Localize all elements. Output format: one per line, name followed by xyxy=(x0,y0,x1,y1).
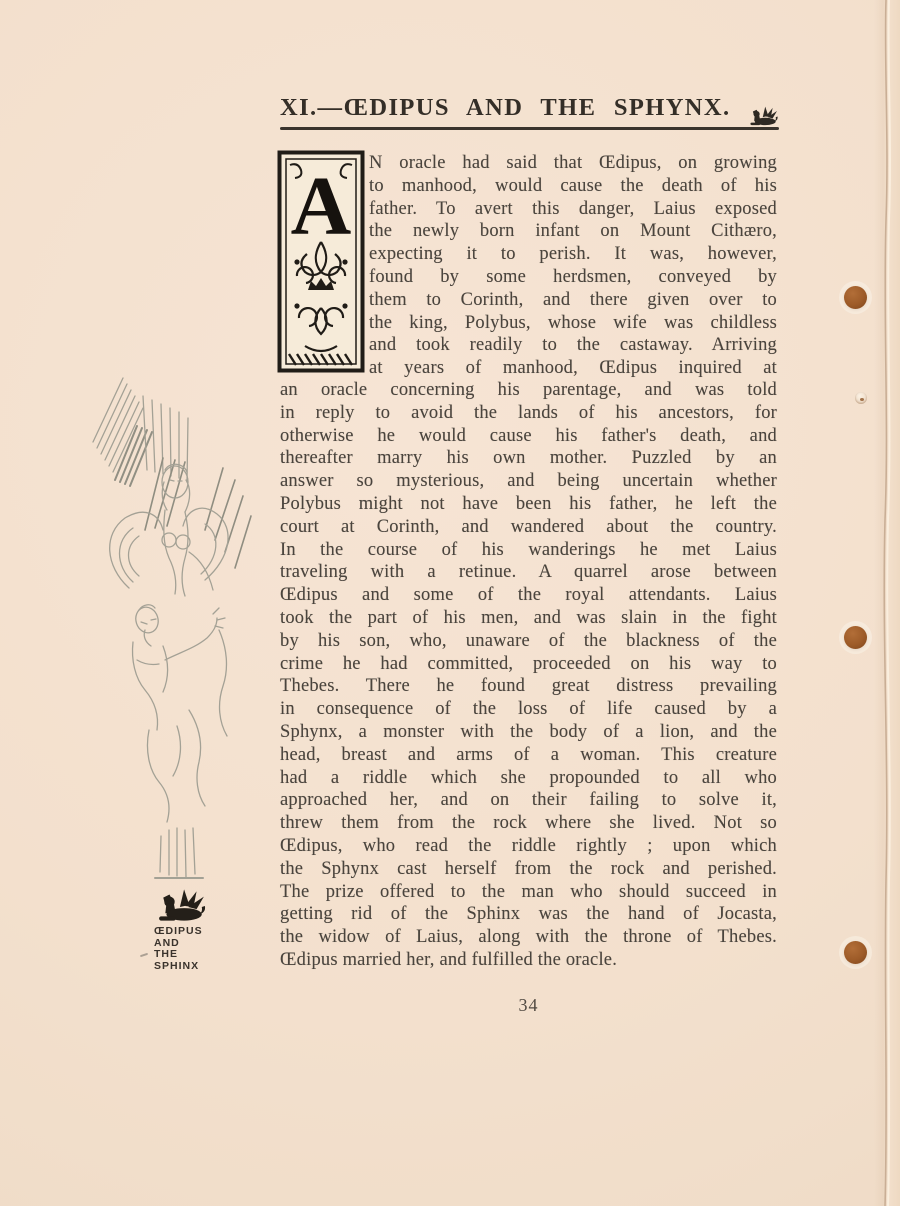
chapter-title-row: XI.—ŒDIPUS AND THE SPHYNX. xyxy=(280,94,779,130)
body-line: the newly born infant on Mount Cithæro, xyxy=(369,220,777,243)
body-line: Polybus might not have been his father, … xyxy=(280,493,777,516)
illustration-caption: ŒDIPUS AND THE SPHINX xyxy=(154,926,203,972)
body-line: in consequence of the loss of life cause… xyxy=(280,698,777,721)
body-line: at years of manhood, Œdipus inquired at xyxy=(369,357,777,380)
body-line: and took readily to the castaway. Arrivi… xyxy=(369,334,777,357)
body-line: them to Corinth, and there given over to xyxy=(369,289,777,312)
body-line: crime he had committed, proceeded on his… xyxy=(280,653,777,676)
body-line: in reply to avoid the lands of his ances… xyxy=(280,402,777,425)
sphinx-printers-mark-icon xyxy=(749,106,779,127)
punch-hole xyxy=(844,626,867,649)
body-line: the widow of Laius, along with the thron… xyxy=(280,926,777,949)
body-line: getting rid of the Sphinx was the hand o… xyxy=(280,903,777,926)
body-line: Œdipus and some of the royal attendants.… xyxy=(280,584,777,607)
body-line: an oracle concerning his parentage, and … xyxy=(280,379,777,402)
body-text-wrapped: N oracle had said that Œdipus, on growin… xyxy=(369,152,777,380)
body-line: Œdipus, who read the riddle rightly ; up… xyxy=(280,835,777,858)
caption-line: SPHINX xyxy=(154,961,203,973)
punch-hole xyxy=(844,941,867,964)
body-line: head, breast and arms of a woman. This c… xyxy=(280,744,777,767)
sphinx-silhouette-icon xyxy=(157,888,207,924)
paper-dimple xyxy=(855,392,867,404)
page-number: 34 xyxy=(280,995,777,1016)
body-line: answer so mysterious, and being uncertai… xyxy=(280,470,777,493)
body-line: The prize offered to the man who should … xyxy=(280,881,777,904)
caption-line: THE xyxy=(154,949,203,961)
sphinx-sketch-illustration xyxy=(85,330,260,880)
body-line: threw them from the rock where she lived… xyxy=(280,812,777,835)
body-line: father. To avert this danger, Laius expo… xyxy=(369,198,777,221)
body-line: otherwise he would cause his father's de… xyxy=(280,425,777,448)
body-line: traveling with a retinue. A quarrel aros… xyxy=(280,561,777,584)
paper-edge-crease xyxy=(874,0,900,1206)
stray-pencil-mark xyxy=(140,953,148,957)
body-line: to manhood, would cause the death of his xyxy=(369,175,777,198)
body-line: the king, Polybus, whose wife was childl… xyxy=(369,312,777,335)
title-underline xyxy=(280,127,779,130)
body-line: had a riddle which she propounded to all… xyxy=(280,767,777,790)
chapter-title: XI.—ŒDIPUS AND THE SPHYNX. xyxy=(280,94,731,122)
decorated-initial-A: A xyxy=(277,150,365,373)
body-line: Œdipus married her, and fulfilled the or… xyxy=(280,949,777,972)
body-line: Thebes. There he found great distress pr… xyxy=(280,675,777,698)
caption-line: ŒDIPUS xyxy=(154,926,203,938)
body-line: thereafter marry his own mother. Puzzled… xyxy=(280,447,777,470)
body-line: took the part of his men, and was slain … xyxy=(280,607,777,630)
body-line: expecting it to perish. It was, however, xyxy=(369,243,777,266)
body-line: approached her, and on their failing to … xyxy=(280,789,777,812)
book-page-scan: XI.—ŒDIPUS AND THE SPHYNX. xyxy=(0,0,900,1206)
body-line: Sphynx, a monster with the body of a lio… xyxy=(280,721,777,744)
punch-hole xyxy=(844,286,867,309)
body-line: by his son, who, unaware of the blacknes… xyxy=(280,630,777,653)
body-text-full: an oracle concerning his parentage, and … xyxy=(280,379,777,972)
body-line: found by some herdsmen, conveyed by xyxy=(369,266,777,289)
body-line: In the course of his wanderings he met L… xyxy=(280,539,777,562)
body-line: court at Corinth, and wandered about the… xyxy=(280,516,777,539)
body-line: the Sphynx cast herself from the rock an… xyxy=(280,858,777,881)
drop-cap-letter: A xyxy=(291,160,352,253)
body-line: N oracle had said that Œdipus, on growin… xyxy=(369,152,777,175)
